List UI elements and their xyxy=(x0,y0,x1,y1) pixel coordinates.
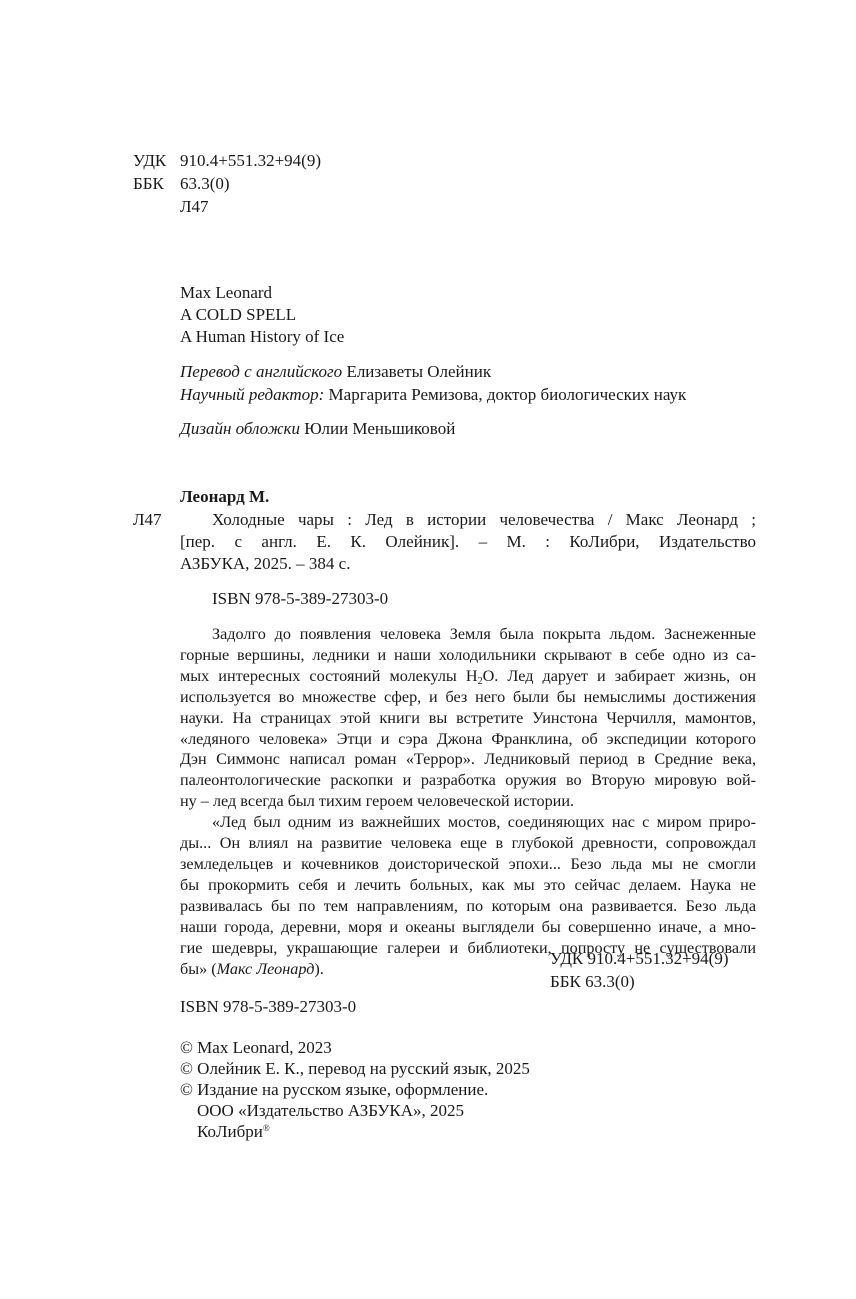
annotation-line: используется во множестве сфер, и без не… xyxy=(180,687,756,708)
annotation-text: мых интересных состояний молекулы H xyxy=(180,667,478,685)
annotation-line: Задолго до появления человека Земля была… xyxy=(180,624,756,645)
udc-label: УДК xyxy=(133,150,180,172)
copyright-publisher: ООО «Издательство АЗБУКА», 2025 xyxy=(197,1100,464,1122)
annotation-line: мых интересных состояний молекулы H2O. Л… xyxy=(180,666,756,687)
original-subtitle: A Human History of Ice xyxy=(180,326,344,348)
credit-role: Научный редактор: xyxy=(180,385,324,404)
copyright-author: © Max Leonard, 2023 xyxy=(180,1037,332,1059)
credit-name: Юлии Меньшиковой xyxy=(304,419,455,438)
annotation: Задолго до появления человека Земля была… xyxy=(180,624,756,979)
quote-author: Макс Леонард xyxy=(217,960,315,978)
isbn-bottom: ISBN 978-5-389-27303-0 xyxy=(180,996,356,1018)
udc-bottom: УДК 910.4+551.32+94(9) xyxy=(550,948,729,970)
annotation-line: науки. На страницах этой книги вы встрет… xyxy=(180,708,756,729)
annotation-line: палеонтологические раскопки и разработка… xyxy=(180,770,756,791)
annotation-text: ). xyxy=(314,960,323,978)
catalog-line: АЗБУКА, 2025. – 384 с. xyxy=(180,553,756,575)
copyright-translation: © Олейник Е. К., перевод на русский язык… xyxy=(180,1058,530,1080)
annotation-line: ды... Он влиял на развитие человека еще … xyxy=(180,833,756,854)
credit-cover-design: Дизайн обложки Юлии Меньшиковой xyxy=(180,418,455,440)
author-mark-top: Л47 xyxy=(180,196,209,218)
annotation-text: O. Лед дарует и забирает жизнь, он xyxy=(483,667,756,685)
catalog-isbn: ISBN 978-5-389-27303-0 xyxy=(212,588,388,610)
annotation-line: горные вершины, ледники и наши холодильн… xyxy=(180,645,756,666)
bbk-bottom: ББК 63.3(0) xyxy=(550,971,635,993)
credit-science-editor: Научный редактор: Маргарита Ремизова, до… xyxy=(180,384,686,406)
annotation-text: бы» ( xyxy=(180,960,217,978)
credit-role: Дизайн обложки xyxy=(180,419,300,438)
udc-value: 910.4+551.32+94(9) xyxy=(180,151,321,170)
credit-name: Елизаветы Олейник xyxy=(346,362,491,381)
registered-mark: ® xyxy=(263,1123,270,1133)
annotation-line: развивалась бы по тем направлениям, по к… xyxy=(180,896,756,917)
catalog-line: Холодные чары : Лед в истории человечест… xyxy=(180,509,756,531)
catalog-heading-text: Леонард М. xyxy=(180,487,269,506)
annotation-line: ну – лед всегда был тихим героем человеч… xyxy=(180,791,756,812)
copyright-imprint: КоЛибри® xyxy=(197,1121,270,1143)
annotation-line: бы прокормить себя и лечить больных, как… xyxy=(180,875,756,896)
original-author: Max Leonard xyxy=(180,282,272,304)
annotation-line: земледельцев и кочевников доисторической… xyxy=(180,854,756,875)
bbk-label: ББК xyxy=(133,173,180,195)
original-title: A COLD SPELL xyxy=(180,304,296,326)
bbk-top: ББК63.3(0) xyxy=(133,173,230,195)
imprint-name: КоЛибри xyxy=(197,1122,263,1141)
bbk-value: 63.3(0) xyxy=(180,174,230,193)
catalog-description: Холодные чары : Лед в истории человечест… xyxy=(180,509,756,575)
credit-role: Перевод с английского xyxy=(180,362,342,381)
catalog-line: [пер. с англ. Е. К. Олейник]. – М. : КоЛ… xyxy=(180,531,756,553)
catalog-author-mark: Л47 xyxy=(133,509,162,531)
credit-name: Маргарита Ремизова, доктор биологических… xyxy=(329,385,687,404)
credit-translator: Перевод с английского Елизаветы Олейник xyxy=(180,361,491,383)
annotation-line: наши города, деревни, моря и океаны выгл… xyxy=(180,917,756,938)
udc-top: УДК910.4+551.32+94(9) xyxy=(133,150,321,172)
annotation-line: «ледяного человека» Этци и сэра Джона Фр… xyxy=(180,729,756,750)
copyright-edition: © Издание на русском языке, оформление. xyxy=(180,1079,488,1101)
annotation-line: Дэн Симмонс написал роман «Террор». Ледн… xyxy=(180,749,756,770)
catalog-heading: Леонард М. xyxy=(180,486,269,508)
annotation-line: «Лед был одним из важнейших мостов, соед… xyxy=(180,812,756,833)
